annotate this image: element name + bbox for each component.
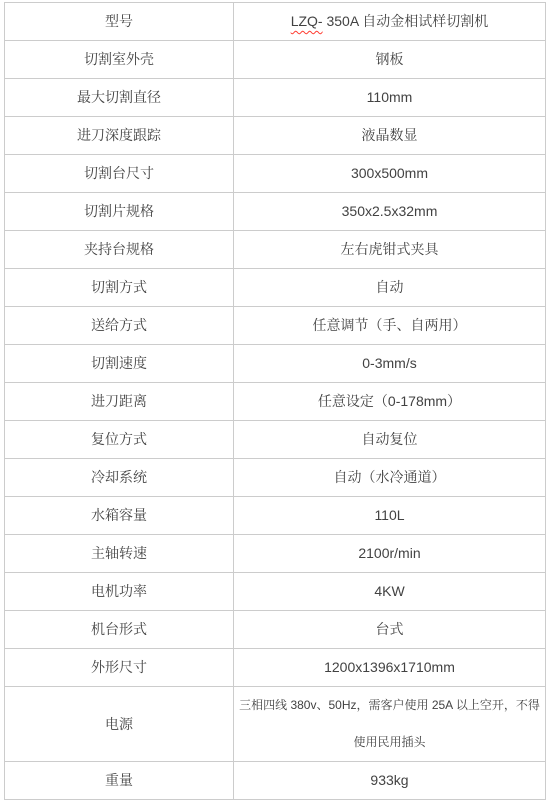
spec-value: 自动（水冷通道） — [234, 459, 546, 497]
spellcheck-underlined-text: LZQ- — [291, 13, 323, 29]
spec-row: 切割方式 自动 — [5, 269, 546, 307]
spec-row: 复位方式 自动复位 — [5, 421, 546, 459]
spec-row: 进刀深度跟踪 液晶数显 — [5, 117, 546, 155]
spec-row: 外形尺寸 1200x1396x1710mm — [5, 649, 546, 687]
spec-value: 台式 — [234, 611, 546, 649]
spec-row: 切割片规格 350x2.5x32mm — [5, 193, 546, 231]
spec-value: 933kg — [234, 762, 546, 800]
spec-row: 电机功率 4KW — [5, 573, 546, 611]
spec-value: 1200x1396x1710mm — [234, 649, 546, 687]
spec-value: 钢板 — [234, 41, 546, 79]
spec-value: 300x500mm — [234, 155, 546, 193]
spec-row: 主轴转速 2100r/min — [5, 535, 546, 573]
spec-row: 送给方式 任意调节（手、自两用） — [5, 307, 546, 345]
spec-label: 切割台尺寸 — [5, 155, 234, 193]
value-text: 350A 自动金相试样切割机 — [323, 13, 489, 29]
spec-label: 最大切割直径 — [5, 79, 234, 117]
spec-label: 电源 — [5, 687, 234, 762]
spec-label: 夹持台规格 — [5, 231, 234, 269]
spec-table-body: 型号 LZQ- 350A 自动金相试样切割机 切割室外壳 钢板 最大切割直径 1… — [5, 3, 546, 800]
spec-row: 最大切割直径 110mm — [5, 79, 546, 117]
spec-value: 三相四线 380v、50Hz，需客户使用 25A 以上空开，不得使用民用插头 — [234, 687, 546, 762]
spec-row: 重量 933kg — [5, 762, 546, 800]
spec-label: 机台形式 — [5, 611, 234, 649]
spec-label: 送给方式 — [5, 307, 234, 345]
spec-value: 液晶数显 — [234, 117, 546, 155]
spec-row: 切割速度 0-3mm/s — [5, 345, 546, 383]
spec-value: 0-3mm/s — [234, 345, 546, 383]
spec-row: 进刀距离 任意设定（0-178mm） — [5, 383, 546, 421]
spec-value: 自动 — [234, 269, 546, 307]
spec-label: 进刀距离 — [5, 383, 234, 421]
spec-row: 水箱容量 110L — [5, 497, 546, 535]
spec-label: 型号 — [5, 3, 234, 41]
spec-label: 切割方式 — [5, 269, 234, 307]
spec-label: 复位方式 — [5, 421, 234, 459]
spec-row: 切割台尺寸 300x500mm — [5, 155, 546, 193]
spec-label: 外形尺寸 — [5, 649, 234, 687]
spec-value: LZQ- 350A 自动金相试样切割机 — [234, 3, 546, 41]
spec-value: 110L — [234, 497, 546, 535]
spec-value: 4KW — [234, 573, 546, 611]
spec-value: 左右虎钳式夹具 — [234, 231, 546, 269]
spec-label: 进刀深度跟踪 — [5, 117, 234, 155]
spec-label: 切割室外壳 — [5, 41, 234, 79]
spec-label: 电机功率 — [5, 573, 234, 611]
page: 型号 LZQ- 350A 自动金相试样切割机 切割室外壳 钢板 最大切割直径 1… — [0, 0, 553, 800]
spec-label: 切割速度 — [5, 345, 234, 383]
spec-row: 冷却系统 自动（水冷通道） — [5, 459, 546, 497]
spec-label: 重量 — [5, 762, 234, 800]
spec-row: 夹持台规格 左右虎钳式夹具 — [5, 231, 546, 269]
spec-table: 型号 LZQ- 350A 自动金相试样切割机 切割室外壳 钢板 最大切割直径 1… — [4, 2, 546, 800]
spec-value: 任意设定（0-178mm） — [234, 383, 546, 421]
spec-row: 电源 三相四线 380v、50Hz，需客户使用 25A 以上空开，不得使用民用插… — [5, 687, 546, 762]
spec-value: 自动复位 — [234, 421, 546, 459]
spec-row: 机台形式 台式 — [5, 611, 546, 649]
spec-row: 切割室外壳 钢板 — [5, 41, 546, 79]
spec-value: 2100r/min — [234, 535, 546, 573]
spec-label: 水箱容量 — [5, 497, 234, 535]
spec-label: 切割片规格 — [5, 193, 234, 231]
spec-value: 350x2.5x32mm — [234, 193, 546, 231]
spec-value: 任意调节（手、自两用） — [234, 307, 546, 345]
spec-label: 冷却系统 — [5, 459, 234, 497]
spec-label: 主轴转速 — [5, 535, 234, 573]
spec-value: 110mm — [234, 79, 546, 117]
spec-row: 型号 LZQ- 350A 自动金相试样切割机 — [5, 3, 546, 41]
